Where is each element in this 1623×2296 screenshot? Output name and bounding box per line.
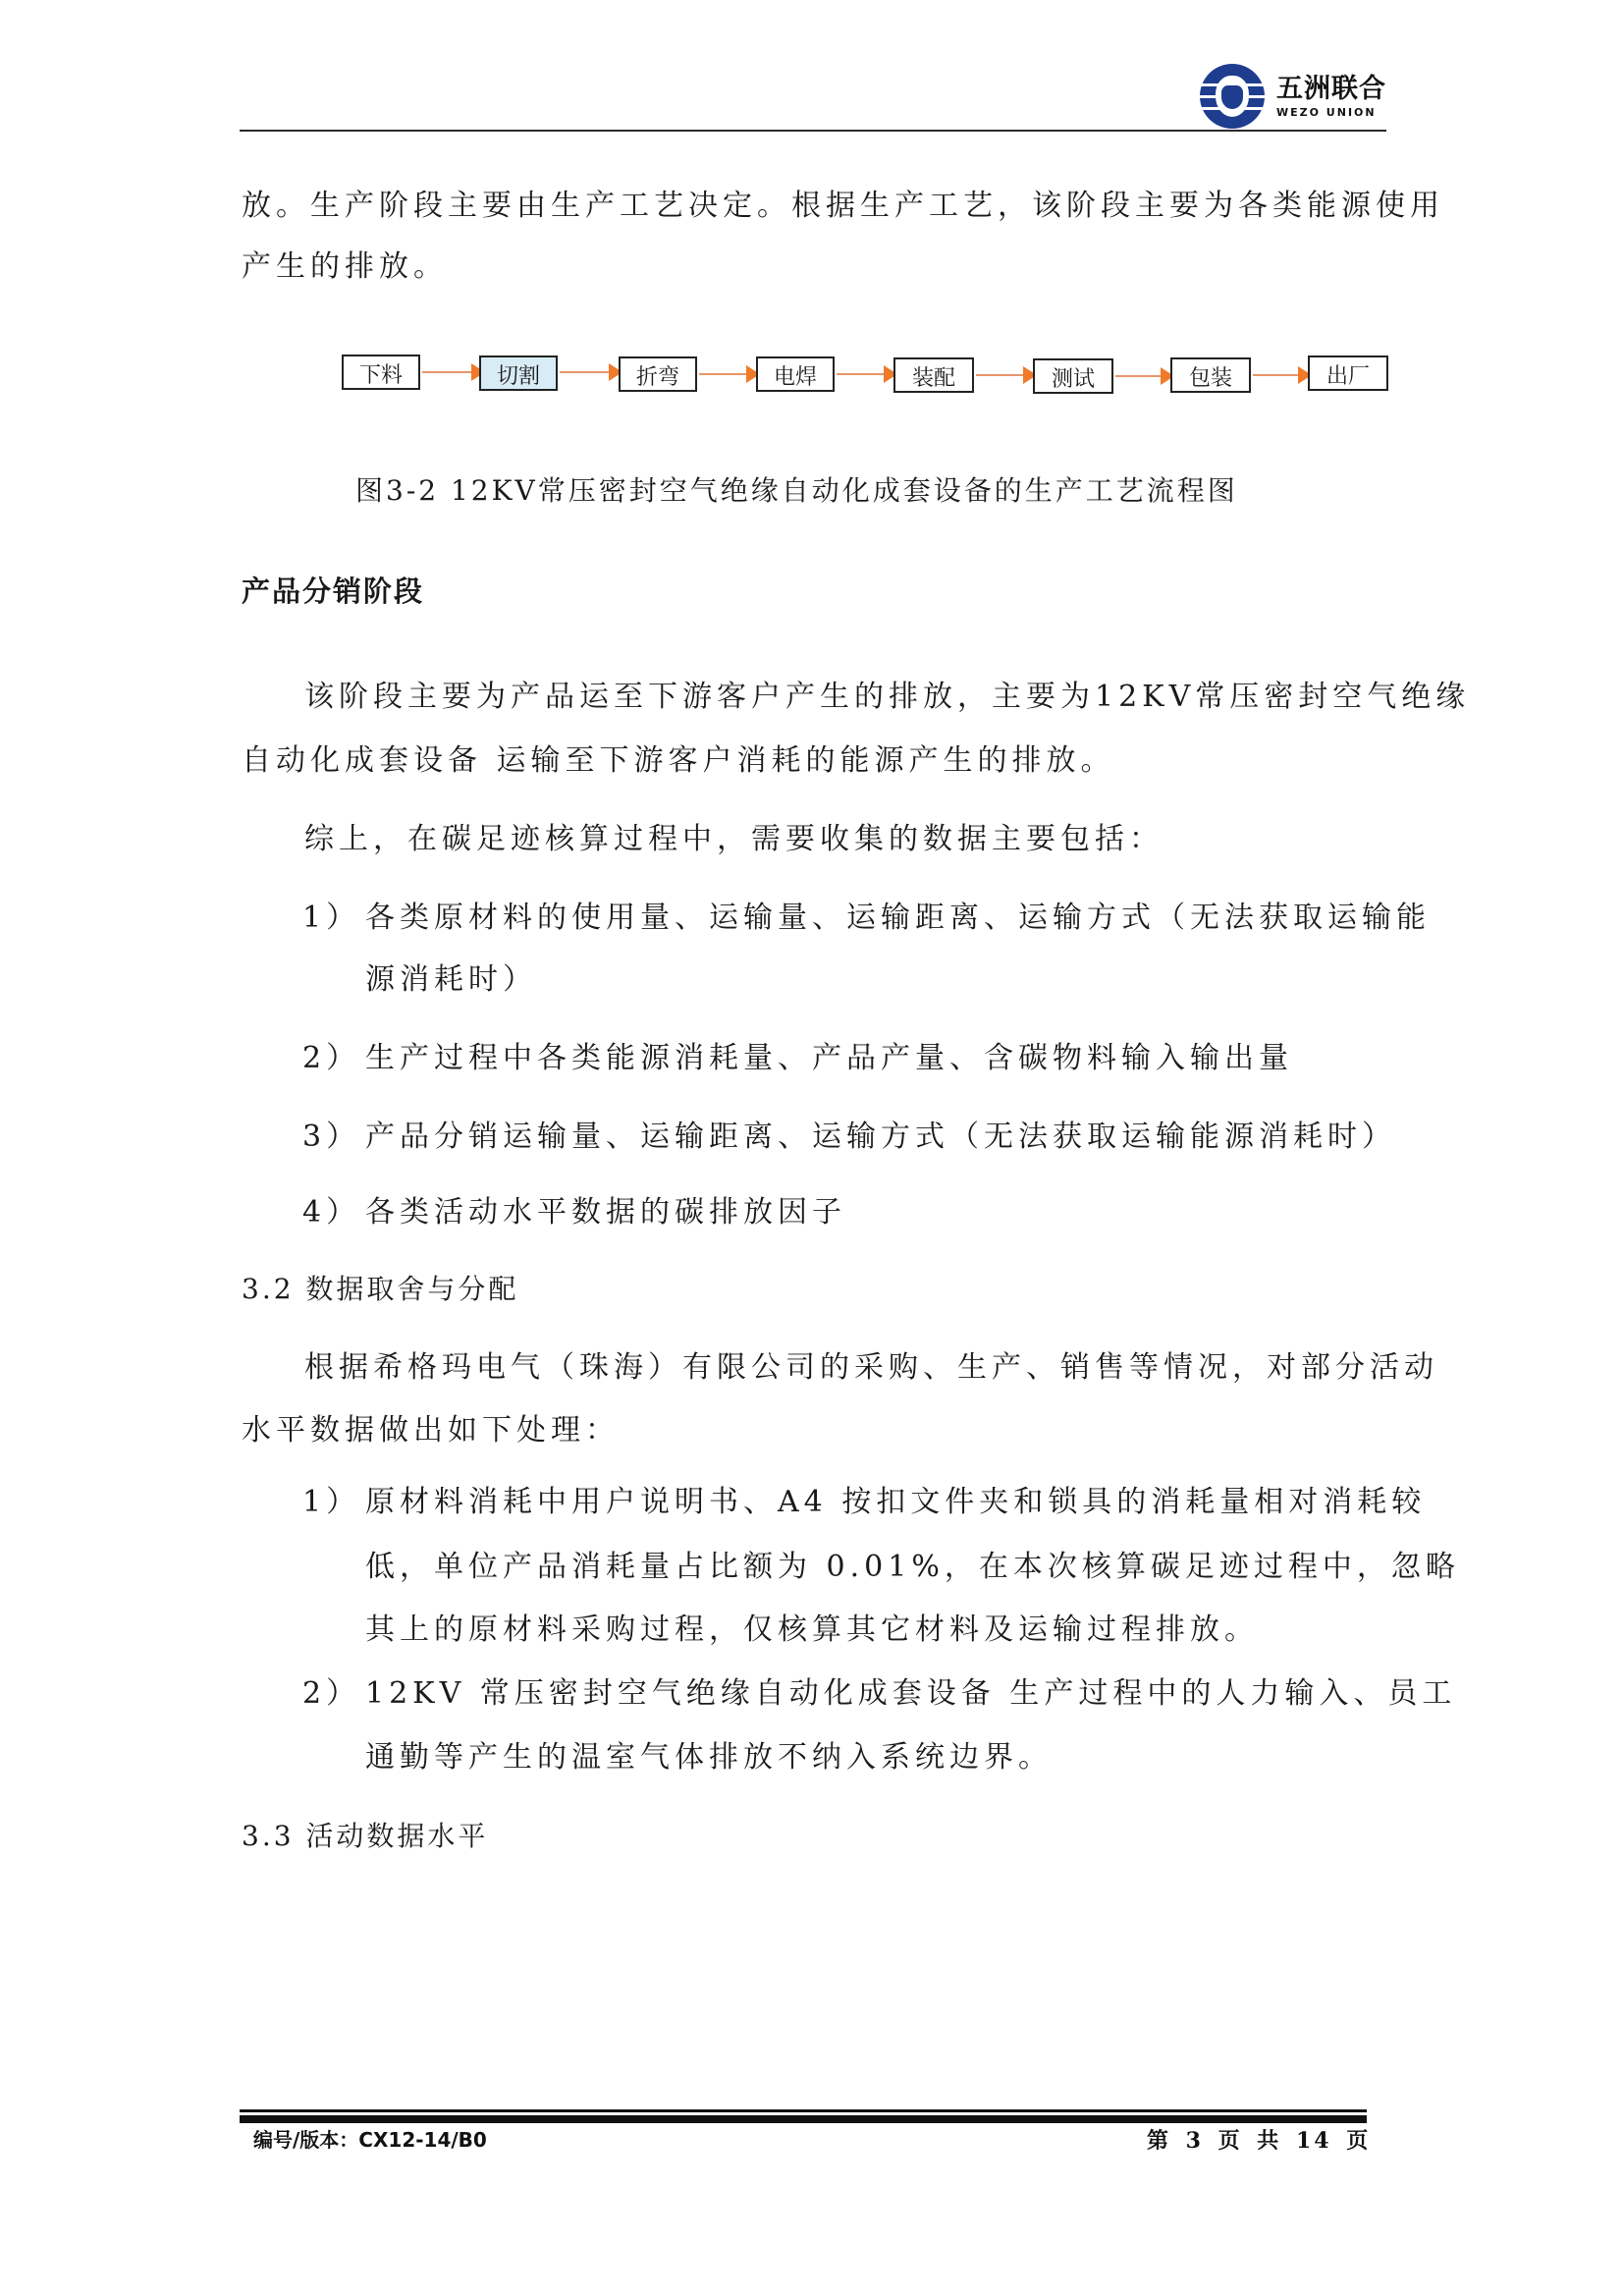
list-item-number: 3） xyxy=(302,1118,360,1157)
globe-lion-icon xyxy=(1200,64,1265,129)
list-item-text: 通勤等产生的温室气体排放不纳入系统边界。 xyxy=(365,1738,1053,1777)
header-divider xyxy=(240,130,1386,132)
flow-step-qiege: 切割 xyxy=(479,355,558,391)
list-item-number: 2） xyxy=(302,1039,360,1078)
list-item-text: 低，单位产品消耗量占比额为 0.01%，在本次核算碳足迹过程中，忽略 xyxy=(365,1548,1460,1587)
subsection-heading: 产品分销阶段 xyxy=(242,570,424,610)
flow-step-chuchang: 出厂 xyxy=(1308,355,1388,391)
flow-step-zhewan: 折弯 xyxy=(619,356,697,392)
list-item-number: 1） xyxy=(302,899,360,938)
paragraph-line: 产生的排放。 xyxy=(242,247,448,287)
list-item-text: 源消耗时） xyxy=(365,960,537,1000)
list-item-text: 产品分销运输量、运输距离、运输方式（无法获取运输能源消耗时） xyxy=(365,1118,1396,1157)
flow-step-ceshi: 测试 xyxy=(1033,358,1113,394)
figure-caption: 图3-2 12KV常压密封空气绝缘自动化成套设备的生产工艺流程图 xyxy=(355,471,1238,511)
footer-divider-thick xyxy=(240,2115,1367,2123)
paragraph-line: 该阶段主要为产品运至下游客户产生的排放，主要为12KV常压密封空气绝缘 xyxy=(304,678,1470,717)
company-logo: 五洲联合 WEZO UNION xyxy=(1200,57,1396,136)
flow-step-dianhan: 电焊 xyxy=(756,356,835,392)
list-item-text: 各类活动水平数据的碳排放因子 xyxy=(365,1193,846,1232)
list-item-text: 各类原材料的使用量、运输量、运输距离、运输方式（无法获取运输能 xyxy=(365,899,1431,938)
list-item-text: 12KV 常压密封空气绝缘自动化成套设备 生产过程中的人力输入、员工 xyxy=(365,1674,1456,1714)
paragraph-line: 放。生产阶段主要由生产工艺决定。根据生产工艺，该阶段主要为各类能源使用 xyxy=(242,187,1444,226)
flow-step-zhuangpei: 装配 xyxy=(893,357,974,393)
document-version: 编号/版本：CX12-14/B0 xyxy=(253,2124,487,2153)
paragraph-line: 自动化成套设备 运输至下游客户消耗的能源产生的排放。 xyxy=(242,741,1115,781)
flow-arrow-icon xyxy=(837,373,893,375)
list-item-number: 1） xyxy=(302,1483,360,1522)
list-item-number: 4） xyxy=(302,1193,360,1232)
section-heading-3-3: 3.3 活动数据水平 xyxy=(242,1817,488,1856)
paragraph-line: 综上，在碳足迹核算过程中，需要收集的数据主要包括： xyxy=(304,820,1163,859)
logo-english-name: WEZO UNION xyxy=(1276,106,1386,119)
footer-divider xyxy=(240,2109,1367,2112)
flow-arrow-icon xyxy=(560,371,619,373)
list-item-text: 生产过程中各类能源消耗量、产品产量、含碳物料输入输出量 xyxy=(365,1039,1293,1078)
flow-arrow-icon xyxy=(699,373,756,375)
list-item-text: 其上的原材料采购过程，仅核算其它材料及运输过程排放。 xyxy=(365,1611,1259,1650)
paragraph-line: 水平数据做出如下处理： xyxy=(242,1411,620,1450)
section-heading-3-2: 3.2 数据取舍与分配 xyxy=(242,1270,518,1309)
flow-arrow-icon xyxy=(422,371,481,373)
flow-arrow-icon xyxy=(1115,375,1170,377)
list-item-number: 2） xyxy=(302,1674,360,1714)
flow-arrow-icon xyxy=(1253,374,1308,376)
flow-step-baozhuang: 包装 xyxy=(1170,357,1251,393)
flow-arrow-icon xyxy=(976,374,1033,376)
logo-chinese-name: 五洲联合 xyxy=(1276,75,1386,104)
flow-step-xialiao: 下料 xyxy=(342,355,420,390)
paragraph-line: 根据希格玛电气（珠海）有限公司的采购、生产、销售等情况，对部分活动 xyxy=(304,1348,1438,1388)
page-number: 第 3 页 共 14 页 xyxy=(1147,2124,1371,2155)
list-item-text: 原材料消耗中用户说明书、A4 按扣文件夹和锁具的消耗量相对消耗较 xyxy=(365,1483,1426,1522)
